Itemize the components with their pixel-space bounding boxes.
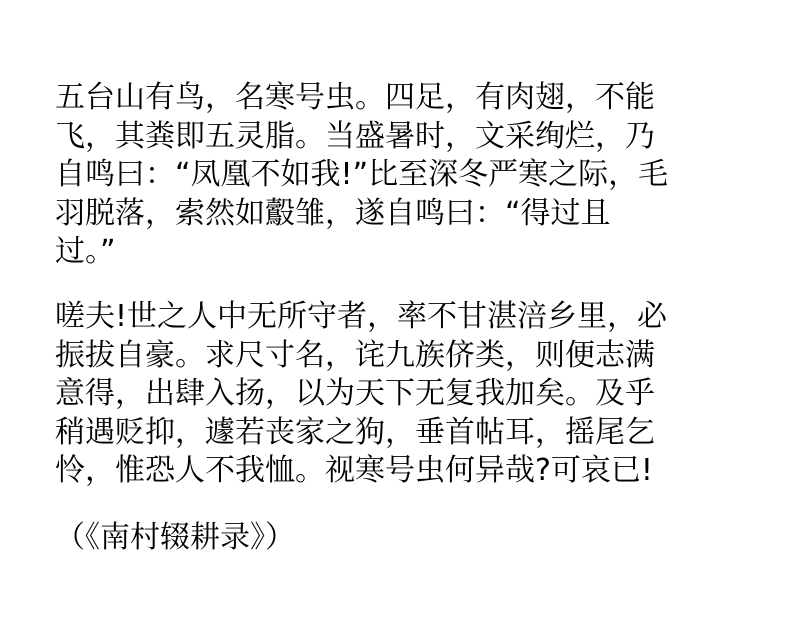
text-line: 嗟夫!世之人中无所守者，率不甘湛涪乡里，必 [55, 298, 715, 337]
text-line: 意得，出肆入扬，以为天下无复我加矣。及乎 [55, 375, 715, 414]
text-line: 五台山有鸟，名寒号虫。四足，有肉翅，不能 [55, 79, 715, 118]
source-text: （《南村辍耕录》） [55, 519, 715, 558]
text-line: 自鸣曰：“凤凰不如我!”比至深冬严寒之际，毛 [55, 156, 715, 195]
text-line: 稍遇贬抑，遽若丧家之狗，垂首帖耳，摇尾乞 [55, 414, 715, 453]
text-line: 振拔自豪。求尺寸名，诧九族侪类，则便志满 [55, 337, 715, 376]
source-citation: （《南村辍耕录》） [55, 519, 715, 558]
paragraph-story: 五台山有鸟，名寒号虫。四足，有肉翅，不能 飞，其粪即五灵脂。当盛暑时，文采绚烂，… [55, 79, 715, 272]
text-line: 怜，惟恐人不我恤。视寒号虫何异哉?可哀已! [55, 452, 715, 491]
text-line: 过。” [55, 233, 715, 272]
text-line: 羽脱落，索然如鷇雏，遂自鸣曰：“得过且 [55, 195, 715, 234]
paragraph-commentary: 嗟夫!世之人中无所守者，率不甘湛涪乡里，必 振拔自豪。求尺寸名，诧九族侪类，则便… [55, 298, 715, 491]
text-line: 飞，其粪即五灵脂。当盛暑时，文采绚烂，乃 [55, 118, 715, 157]
